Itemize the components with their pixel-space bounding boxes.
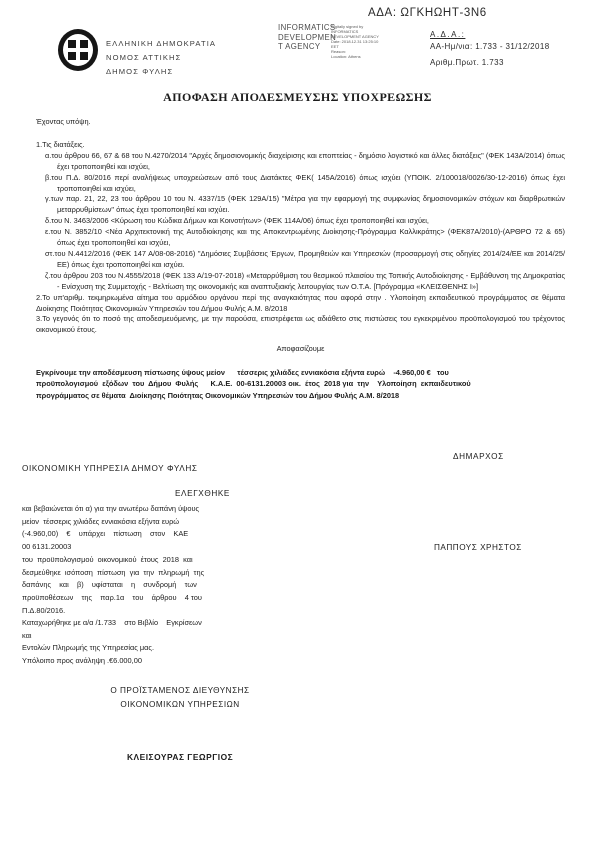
provision-item-z: ζ.του άρθρου 203 του Ν.4555/2018 (ΦΕΚ 13…: [36, 271, 565, 293]
ada-label: Α.Δ.Α.:: [430, 30, 465, 39]
issuing-authority: ΕΛΛΗΝΙΚΗ ΔΗΜΟΚΡΑΤΙΑ ΝΟΜΟΣ ΑΤΤΙΚΗΣ ΔΗΜΟΣ …: [106, 37, 216, 79]
checked-label: ΕΛΕΓΧΘΗΚΕ: [175, 489, 230, 498]
finance-department-title: ΟΙΚΟΝΟΜΙΚΗ ΥΠΗΡΕΣΙΑ ΔΗΜΟΥ ΦΥΛΗΣ: [22, 464, 198, 473]
greek-coat-of-arms-icon: [57, 28, 99, 72]
org-line-prefecture: ΝΟΜΟΣ ΑΤΤΙΚΗΣ: [106, 51, 216, 65]
check-statement: και βεβαιώνεται ότι α) για την ανωτέρω δ…: [22, 503, 360, 617]
balance-note: Υπόλοιπο προς ανάληψη .€6.000,00: [22, 656, 142, 665]
intro-text: Έχοντας υπόψη.: [36, 117, 565, 128]
mayor-title: ΔΗΜΑΡΧΟΣ: [453, 452, 504, 461]
approval-paragraph: Εγκρίνουμε την αποδέσμευση πίστωσης ύψου…: [36, 367, 565, 401]
protocol-number: Αριθμ.Πρωτ. 1.733: [430, 58, 504, 67]
provision-item-a: α.του άρθρου 66, 67 & 68 του Ν.4270/2014…: [36, 151, 565, 173]
digital-signature-details: Digitally signed by INFORMATICS DEVELOPM…: [331, 24, 391, 59]
org-line-municipality: ΔΗΜΟΣ ΦΥΛΗΣ: [106, 65, 216, 79]
provision-item-c: γ.των παρ. 21, 22, 23 του άρθρου 10 του …: [36, 194, 565, 216]
document-body: Έχοντας υπόψη. 1.Τις διατάξεις. α.του άρ…: [36, 117, 565, 401]
director-title-line1: Ο ΠΡΟΪΣΤΑΜΕΝΟΣ ΔΙΕΥΘΥΝΣΗΣ: [40, 684, 320, 698]
consideration-item-3: 3.Το γεγονός ότι το ποσό της αποδεσμευόμ…: [36, 314, 565, 336]
provision-item-e: ε.του Ν. 3852/10 <Νέα Αρχιτεκτονική της …: [36, 227, 565, 249]
provision-item-st: στ.του Ν.4412/2016 (ΦΕΚ 147 Α/08-08-2016…: [36, 249, 565, 271]
mayor-name: ΠΑΠΠΟΥΣ ΧΡΗΣΤΟΣ: [434, 543, 522, 552]
director-name: ΚΛΕΙΣΟΥΡΑΣ ΓΕΩΡΓΙΟΣ: [127, 752, 233, 762]
provision-item-d: δ.του Ν. 3463/2006 <Κύρωση του Κώδικα Δή…: [36, 216, 565, 227]
document-title: ΑΠΟΦΑΣΗ ΑΠΟΔΕΣΜΕΥΣΗΣ ΥΠΟΧΡΕΩΣΗΣ: [0, 90, 595, 105]
registration-note: Καταχωρήθηκε με α/α /1.733 στο Βιβλίο Εγ…: [22, 617, 360, 655]
consideration-item-2: 2.Το υπ'αριθμ. τεκμηριωμένα αίτημα του α…: [36, 293, 565, 315]
ada-number-date: ΑΑ-Ημ/νια: 1.733 - 31/12/2018: [430, 42, 550, 51]
director-title: Ο ΠΡΟΪΣΤΑΜΕΝΟΣ ΔΙΕΥΘΥΝΣΗΣ ΟΙΚΟΝΟΜΙΚΩΝ ΥΠ…: [40, 684, 320, 712]
agency-line: DEVELOPMEN: [278, 33, 336, 43]
org-line-country: ΕΛΛΗΝΙΚΗ ΔΗΜΟΚΡΑΤΙΑ: [106, 37, 216, 51]
signing-agency-name: INFORMATICS DEVELOPMEN T AGENCY: [278, 23, 336, 52]
agency-line: T AGENCY: [278, 42, 336, 52]
decision-word: Αποφασίζουμε: [36, 344, 565, 355]
document-page: ΕΛΛΗΝΙΚΗ ΔΗΜΟΚΡΑΤΙΑ ΝΟΜΟΣ ΑΤΤΙΚΗΣ ΔΗΜΟΣ …: [0, 0, 595, 842]
director-title-line2: ΟΙΚΟΝΟΜΙΚΩΝ ΥΠΗΡΕΣΙΩΝ: [40, 698, 320, 712]
signature-line: Location: Athens: [331, 54, 391, 59]
provision-item-b: β.του Π.Δ. 80/2016 περί αναλήψεως υποχρε…: [36, 173, 565, 195]
ada-code: ΑΔΑ: ΩΓΚΗΩΗΤ-3Ν6: [368, 7, 487, 19]
provisions-header: 1.Τις διατάξεις.: [36, 140, 565, 151]
agency-line: INFORMATICS: [278, 23, 336, 33]
